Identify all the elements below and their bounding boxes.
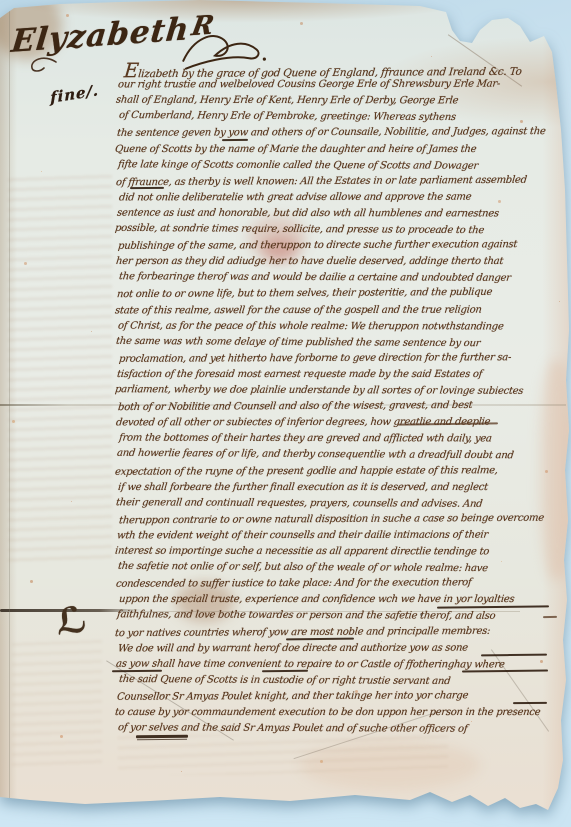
manuscript-line: tisfaction of the foresaid most earnest …	[116, 368, 483, 382]
underline-mark	[222, 139, 248, 141]
manuscript-line: of Cumberland, Henry Erle of Pembroke, g…	[118, 109, 456, 125]
manuscript-line: interest so importinge suche a necessiti…	[114, 545, 489, 560]
foxing-speckles	[0, 0, 3, 3]
paper-sheet: ElyzabethR fine/. ℒ Elizabeth by the gra…	[0, 0, 571, 818]
manuscript-line: and howerlie feares of or life, and ther…	[116, 447, 514, 463]
manuscript-page: ElyzabethR fine/. ℒ Elizabeth by the gra…	[0, 0, 571, 827]
manuscript-line: sentence as iust and honorable, but did …	[116, 206, 499, 221]
manuscript-line: of ffraunce, as therby is well knowen: A…	[115, 173, 527, 190]
manuscript-line: possible, at sondrie times require, soll…	[114, 222, 485, 238]
manuscript-line: not onlie to or owne life, but to them s…	[116, 286, 492, 302]
manuscript-line: the same was wth some delaye of time pub…	[115, 335, 481, 351]
manuscript-line: as yow shall have time convenient to rep…	[115, 657, 505, 672]
manuscript-line: from the bottomes of their hartes they a…	[118, 432, 492, 447]
manuscript-line: the sentence geven by yow and others of …	[116, 125, 546, 141]
manuscript-line: our right trustie and welbeloved Cousins…	[117, 78, 500, 93]
manuscript-line: expectation of the ruyne of the present …	[114, 464, 498, 480]
manuscript-line: We doe will and by warrant herof doe dir…	[117, 641, 468, 656]
manuscript-line: condescended to suffer iustice to take p…	[115, 576, 472, 591]
manuscript-line: both of or Nobilitie and Counsell and al…	[117, 399, 473, 415]
manuscript-line: of Christ, as for the peace of this whol…	[117, 319, 504, 334]
manuscript-line: her person as they did adiudge her to ha…	[115, 255, 504, 269]
manuscript-line: their generall and continuall requestes,…	[115, 496, 483, 512]
manuscript-line: proclamation, and yet hitherto have forb…	[118, 351, 512, 367]
manuscript-line: parliament, wherby we doe plainlie under…	[114, 383, 524, 399]
manuscript-line: shall of England, Henry Erle of Kent, He…	[115, 94, 459, 109]
manuscript-line: uppon the speciall truste, experience an…	[118, 593, 515, 607]
manuscript-line: publishinge of the same, and theruppon t…	[117, 238, 518, 254]
manuscript-line: did not onlie deliberatelie wth great ad…	[118, 190, 472, 205]
manuscript-line: the safetie not onlie of or self, but al…	[117, 560, 488, 576]
manuscript-line: Quene of Scotts by the name of Marie the…	[114, 143, 477, 157]
manuscript-line: Counsellor Sr Amyas Poulet knight, and t…	[116, 689, 468, 704]
photo-backdrop: ElyzabethR fine/. ℒ Elizabeth by the gra…	[0, 0, 571, 827]
manuscript-line: the forbearinge therof was and would be …	[118, 270, 511, 286]
manuscript-body: Elizabeth by the grace of god Quene of E…	[0, 0, 565, 818]
manuscript-line: if we shall forbeare the further finall …	[117, 481, 488, 495]
manuscript-line: the said Quene of Scotts is in custodie …	[118, 673, 451, 689]
manuscript-line: to cause by yor commaundement execution …	[114, 706, 541, 720]
manuscript-line: wth the evident weight of their counsell…	[116, 529, 488, 544]
manuscript-line: state of this realme, aswell for the cau…	[114, 303, 482, 318]
manuscript-line: faithfulnes, and love bothe towardes or …	[116, 609, 496, 625]
manuscript-line: theruppon contrarie to or owne naturall …	[118, 511, 544, 528]
manuscript-line: fifte late kinge of Scotts comonlie call…	[117, 158, 478, 174]
underline-mark	[136, 734, 188, 738]
